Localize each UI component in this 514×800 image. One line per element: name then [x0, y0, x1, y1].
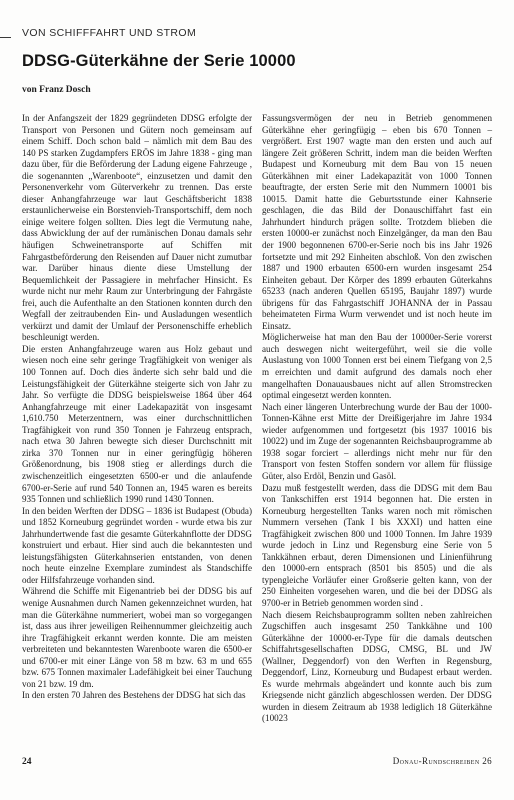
paragraph: Nach diesem Reichsbauprogramm sollten ne…	[262, 610, 492, 725]
article-byline: von Franz Dosch	[22, 85, 492, 95]
paragraph: Möglicherweise hat man den Bau der 10000…	[262, 332, 492, 401]
section-kicker: VON SCHIFFFAHRT UND STROM	[22, 27, 492, 39]
paragraph: Dazu muß festgestellt werden, dass die D…	[262, 483, 492, 610]
journal-name: Donau-Rundschreiben 26	[393, 756, 492, 766]
paragraph: Während die Schiffe mit Eigenantrieb bei…	[22, 586, 252, 690]
paragraph: Nach einer längeren Unterbrechung wurde …	[262, 402, 492, 483]
right-column: Fassungsvermögen der neu in Betrieb geno…	[262, 113, 492, 725]
paragraph: Die ersten Anhangfahrzeuge waren aus Hol…	[22, 344, 252, 506]
left-column: In der Anfangszeit der 1829 gegründeten …	[22, 113, 252, 725]
header: VON SCHIFFFAHRT UND STROM DDSG-Güterkähn…	[22, 0, 492, 95]
article-title: DDSG-Güterkähne der Serie 10000	[22, 52, 492, 71]
paragraph: Fassungsvermögen der neu in Betrieb geno…	[262, 113, 492, 332]
paragraph: In der Anfangszeit der 1829 gegründeten …	[22, 113, 252, 344]
paragraph: In den beiden Werften der DDSG – 1836 is…	[22, 506, 252, 587]
page-footer: 24 Donau-Rundschreiben 26	[22, 756, 492, 767]
page-number: 24	[22, 757, 32, 767]
article-body: In der Anfangszeit der 1829 gegründeten …	[22, 113, 492, 725]
kicker-rule	[0, 37, 11, 38]
paragraph: In den ersten 70 Jahren des Bestehens de…	[22, 690, 252, 702]
scanned-article-page: VON SCHIFFFAHRT UND STROM DDSG-Güterkähn…	[0, 0, 514, 800]
